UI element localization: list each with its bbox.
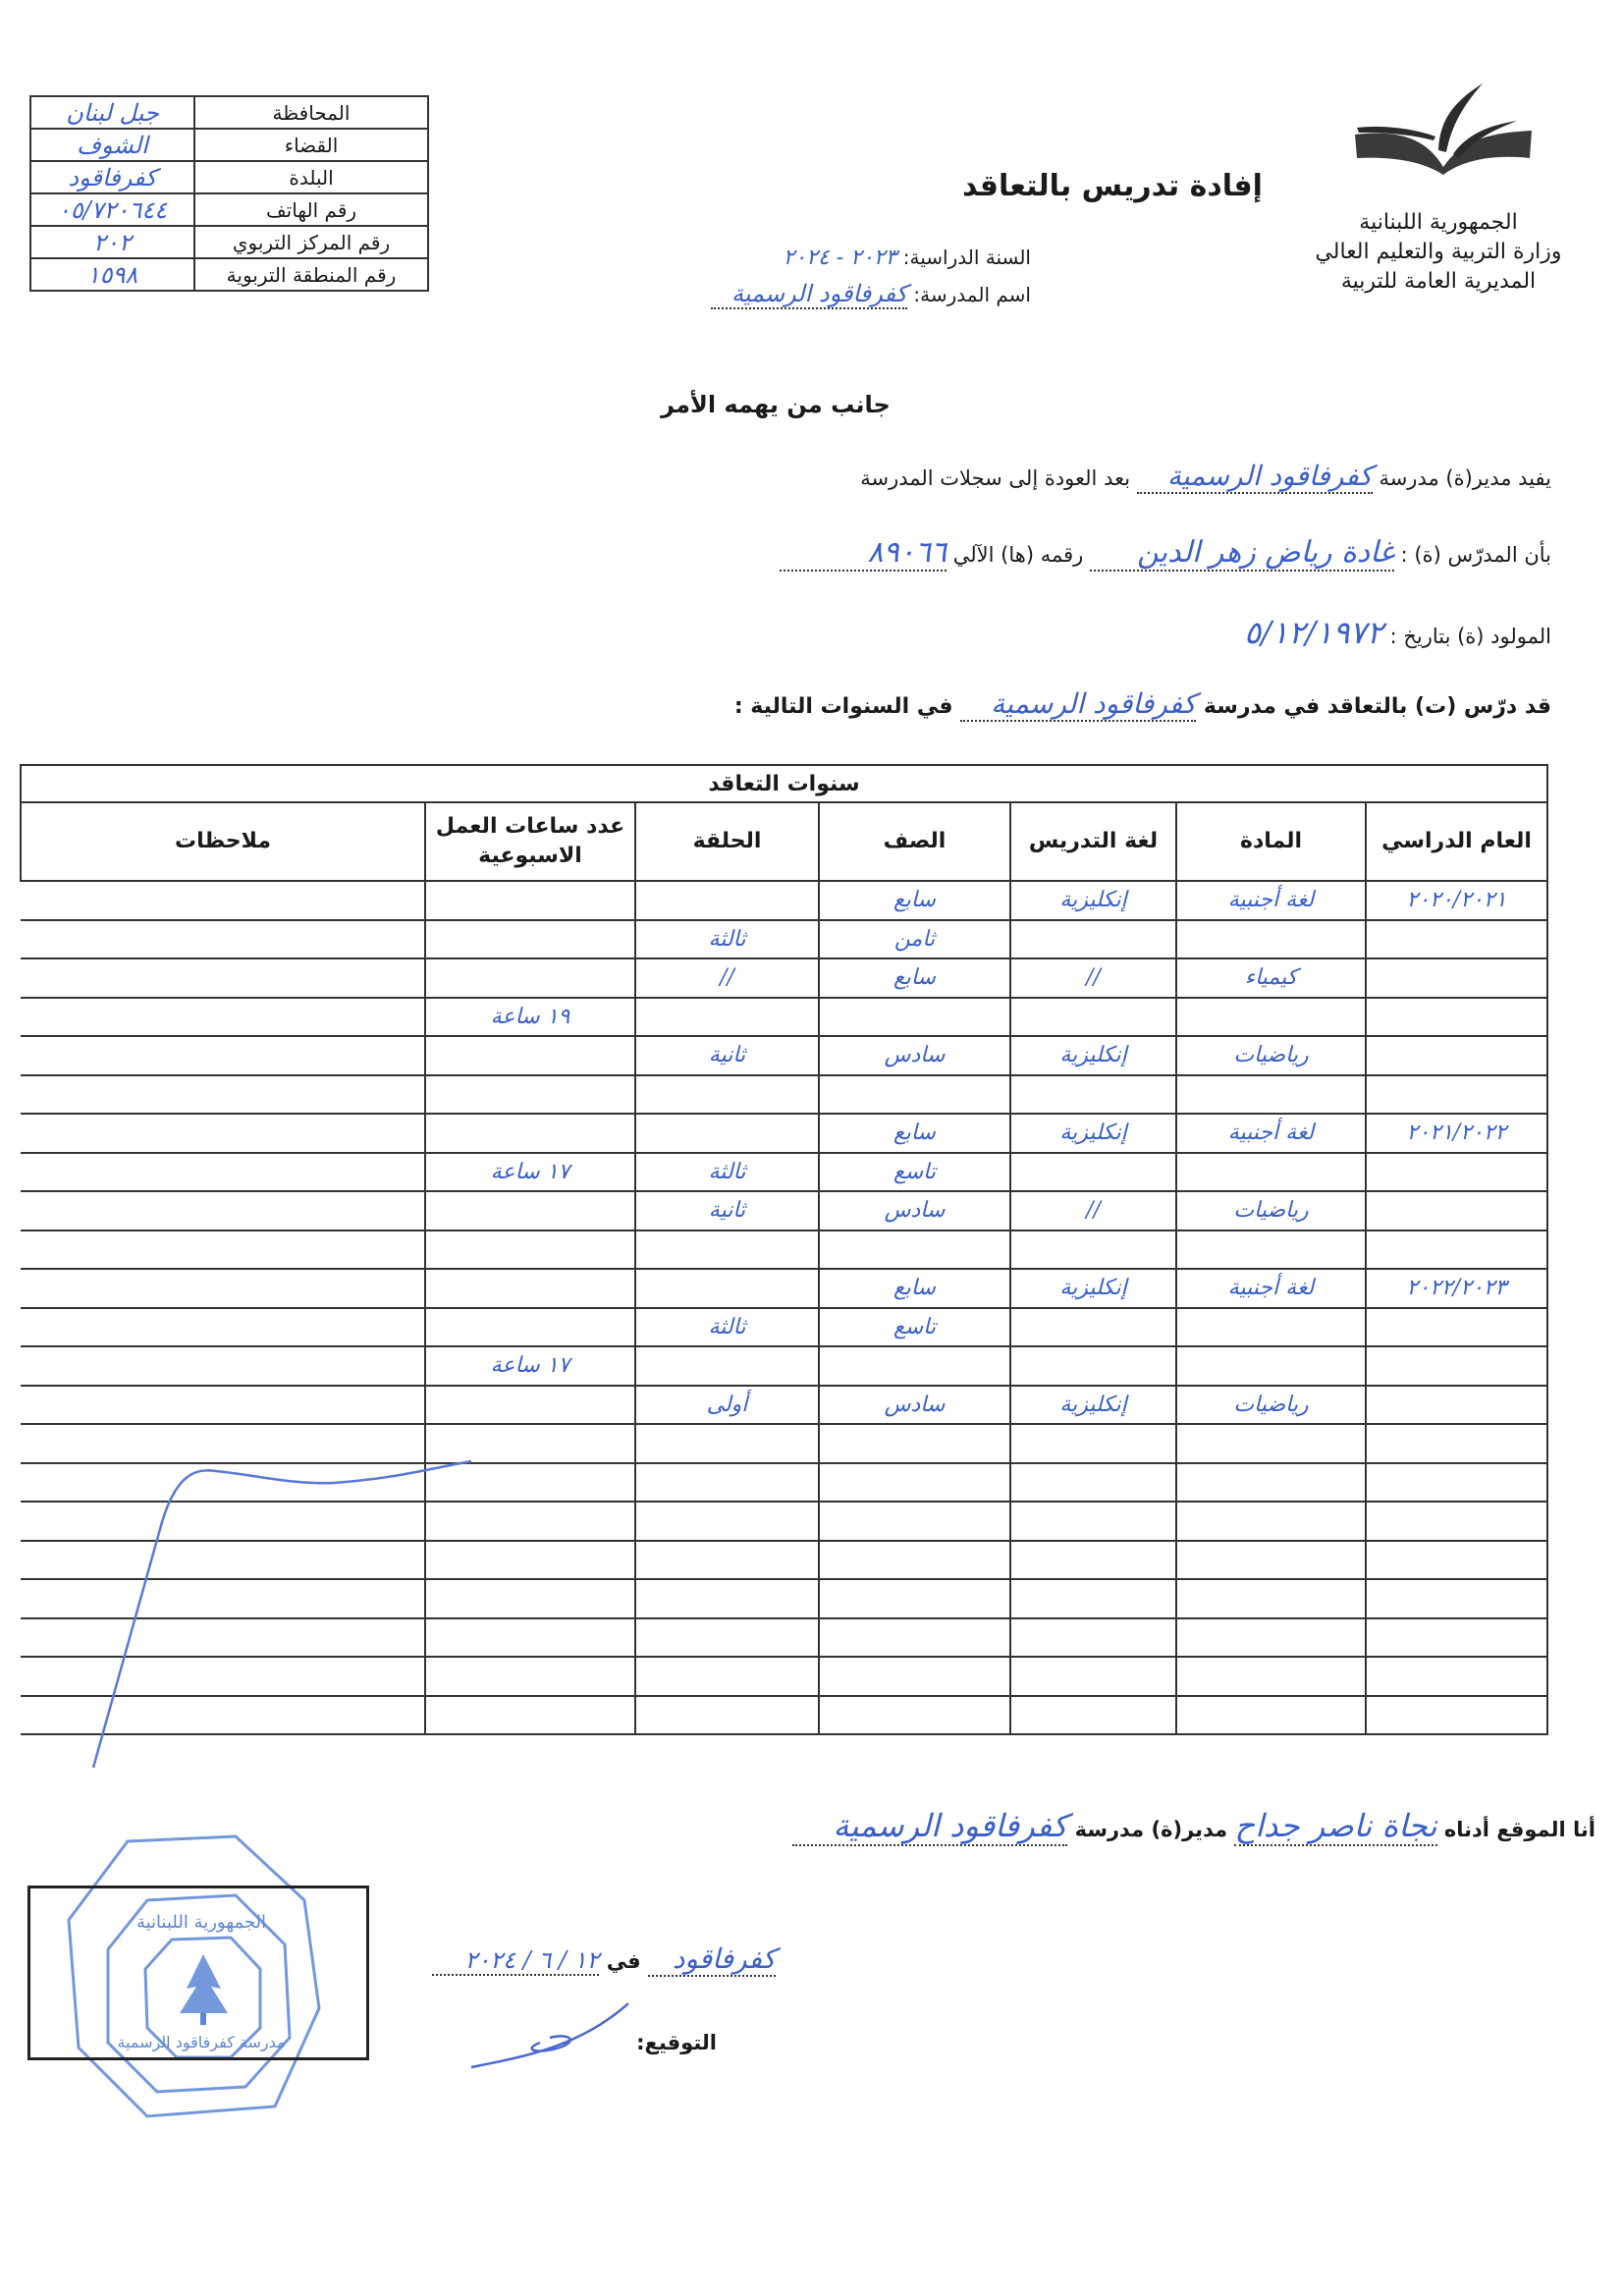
info-value: جبل لبنان [30, 96, 194, 129]
line1-prefix: يفيد مدير(ة) مدرسة [1379, 466, 1551, 490]
table-cell [425, 958, 635, 998]
table-cell [425, 1230, 635, 1270]
info-row: رقم المركز التربوي٢٠٢ [30, 226, 428, 258]
date-label: في [607, 1949, 641, 1973]
table-cell: سادس [819, 1386, 1010, 1425]
table-cell [819, 1541, 1010, 1580]
to-whom-heading: جانب من يهمه الأمر [609, 391, 943, 418]
table-cell [1010, 1075, 1176, 1115]
table-cell [425, 1308, 635, 1347]
column-header: المادة [1176, 802, 1366, 881]
table-cell: لغة أجنبية [1176, 1269, 1366, 1308]
table-row [21, 1579, 1547, 1618]
signature-scribble-icon [461, 1994, 638, 2072]
table-row [21, 1075, 1547, 1115]
table-cell [1176, 1230, 1366, 1270]
signer-school: كفرفاقود الرسمية [792, 1807, 1067, 1846]
table-cell: تاسع [819, 1153, 1010, 1192]
table-cell [1176, 1657, 1366, 1696]
table-cell [1366, 998, 1547, 1037]
table-cell [21, 1036, 425, 1075]
statement-line-2: بأن المدرّس (ة) : غادة رياض زهر الدين رق… [432, 535, 1551, 572]
table-cell [635, 1346, 819, 1386]
table-cell [425, 1114, 635, 1153]
table-cell [1176, 1424, 1366, 1463]
table-row: تاسعثالثة١٧ ساعة [21, 1153, 1547, 1192]
table-cell [21, 1075, 425, 1115]
table-cell [21, 1386, 425, 1425]
school-name-label: اسم المدرسة: [913, 283, 1031, 306]
statement-line-3: المولود (ة) بتاريخ : ٥/١٢/١٩٧٢ [884, 614, 1551, 651]
table-cell [425, 1502, 635, 1541]
table-cell [1010, 1541, 1176, 1580]
table-cell: إنكليزية [1010, 1269, 1176, 1308]
table-cell: ٢٠٢١/٢٠٢٢ [1366, 1114, 1547, 1153]
column-header: ملاحظات [21, 802, 425, 881]
table-cell [21, 1346, 425, 1386]
statement-line-4: قد درّس (ت) بالتعاقد في مدرسة كفرفاقود ا… [530, 687, 1551, 722]
column-header: العام الدراسي [1366, 802, 1547, 881]
table-cell: ثانية [635, 1036, 819, 1075]
table-cell [425, 1036, 635, 1075]
line1-suffix: بعد العودة إلى سجلات المدرسة [860, 466, 1130, 490]
table-cell [1010, 1618, 1176, 1658]
school-year-label: السنة الدراسية: [903, 246, 1031, 269]
signer-role: مدير(ة) مدرسة [1075, 1818, 1228, 1841]
table-cell [1176, 998, 1366, 1037]
table-cell [425, 1269, 635, 1308]
table-cell [635, 1269, 819, 1308]
table-cell [1366, 1696, 1547, 1735]
info-label: البلدة [194, 161, 428, 193]
table-cell [1366, 1579, 1547, 1618]
table-cell [1176, 1463, 1366, 1503]
table-cell: // [635, 958, 819, 998]
table-cell: ٢٠٢٢/٢٠٢٣ [1366, 1269, 1547, 1308]
table-cell [21, 1191, 425, 1230]
table-cell [21, 1618, 425, 1658]
directorate-line: المديرية العامة للتربية [1276, 267, 1600, 297]
table-cell [1366, 1424, 1547, 1463]
info-label: رقم الهاتف [194, 193, 428, 226]
stamp-box [27, 1886, 369, 2060]
table-cell [1010, 1230, 1176, 1270]
line2-number-label: رقمه (ها) الآلي [953, 543, 1084, 567]
table-cell [1010, 1424, 1176, 1463]
table-cell: إنكليزية [1010, 1114, 1176, 1153]
ministry-header: الجمهورية اللبنانية وزارة التربية والتعل… [1276, 208, 1600, 297]
table-cell [635, 1696, 819, 1735]
table-cell: // [1010, 958, 1176, 998]
table-cell [819, 1230, 1010, 1270]
table-cell: ١٧ ساعة [425, 1153, 635, 1192]
table-cell: لغة أجنبية [1176, 881, 1366, 920]
table-cell [635, 881, 819, 920]
table-cell [1366, 1346, 1547, 1386]
table-cell [635, 1114, 819, 1153]
table-cell [1176, 1153, 1366, 1192]
line4-suffix: في السنوات التالية : [734, 694, 953, 719]
table-cell [21, 920, 425, 959]
table-cell [819, 1618, 1010, 1658]
column-header: لغة التدريس [1010, 802, 1176, 881]
table-cell [1176, 1346, 1366, 1386]
table-row: رياضياتإنكليزيةسادسثانية [21, 1036, 1547, 1075]
table-row: رياضيات//سادسثانية [21, 1191, 1547, 1230]
table-cell [1176, 1618, 1366, 1658]
table-cell [21, 998, 425, 1037]
table-cell: سابع [819, 958, 1010, 998]
table-cell [1366, 1463, 1547, 1503]
table-cell [1010, 1308, 1176, 1347]
contract-years-table: سنوات التعاقد العام الدراسيالمادةلغة الت… [20, 764, 1548, 1735]
table-cell [21, 1502, 425, 1541]
table-cell [819, 1502, 1010, 1541]
table-cell [819, 1463, 1010, 1503]
teacher-name: غادة رياض زهر الدين [1090, 535, 1394, 572]
table-row: تاسعثالثة [21, 1308, 1547, 1347]
info-value: ٠٥/٧٢٠٦٤٤ [30, 193, 194, 226]
table-cell: لغة أجنبية [1176, 1114, 1366, 1153]
table-cell [1176, 1075, 1366, 1115]
table-row [21, 1463, 1547, 1503]
table-cell [819, 1579, 1010, 1618]
signer-line: أنا الموقع أدناه نجاة ناصر جداح مدير(ة) … [353, 1807, 1596, 1846]
page-title: إفادة تدريس بالتعاقد [962, 169, 1263, 203]
date-value: ١٢ / ٦ / ٢٠٢٤ [432, 1946, 599, 1976]
table-cell [635, 1579, 819, 1618]
table-row [21, 1696, 1547, 1735]
info-row: رقم المنطقة التربوية١٥٩٨ [30, 258, 428, 291]
table-cell [425, 1579, 635, 1618]
table-cell [1010, 1657, 1176, 1696]
table-cell [21, 1230, 425, 1270]
place: كفرفاقود [648, 1942, 776, 1977]
table-cell [1366, 1036, 1547, 1075]
table-cell [21, 881, 425, 920]
table-cell [819, 1346, 1010, 1386]
table-row [21, 1424, 1547, 1463]
table-cell [21, 1424, 425, 1463]
info-value: كفرفاقود [30, 161, 194, 193]
table-cell [425, 1463, 635, 1503]
table-cell [819, 1075, 1010, 1115]
table-cell: رياضيات [1176, 1386, 1366, 1425]
info-value: ١٥٩٨ [30, 258, 194, 291]
table-row [21, 1230, 1547, 1270]
line2-prefix: بأن المدرّس (ة) : [1401, 543, 1551, 567]
table-cell: تاسع [819, 1308, 1010, 1347]
table-cell: إنكليزية [1010, 1036, 1176, 1075]
table-cell [635, 1657, 819, 1696]
table-cell [1010, 998, 1176, 1037]
table-cell [21, 1463, 425, 1503]
table-cell [1366, 1191, 1547, 1230]
table-row: ٢٠٢٠/٢٠٢١لغة أجنبيةإنكليزيةسابع [21, 881, 1547, 920]
signer-name: نجاة ناصر جداح [1234, 1807, 1436, 1846]
table-cell [425, 1424, 635, 1463]
table-cell [1176, 1696, 1366, 1735]
table-cell [1010, 1502, 1176, 1541]
info-row: رقم الهاتف٠٥/٧٢٠٦٤٤ [30, 193, 428, 226]
table-cell [635, 1424, 819, 1463]
table-cell: سابع [819, 881, 1010, 920]
info-box: المحافظةجبل لبنانالقضاءالشوفالبلدةكفرفاق… [29, 95, 429, 292]
table-cell [1366, 920, 1547, 959]
table-cell [1010, 1463, 1176, 1503]
table-cell [425, 1541, 635, 1580]
table-cell [425, 1618, 635, 1658]
statement-line-1: يفيد مدير(ة) مدرسة كفرفاقود الرسمية بعد … [511, 460, 1551, 494]
table-cell [21, 1696, 425, 1735]
table-cell: ١٧ ساعة [425, 1346, 635, 1386]
table-cell [21, 1153, 425, 1192]
table-cell [1366, 1153, 1547, 1192]
school-year-value: ٢٠٢٣ - ٢٠٢٤ [783, 246, 896, 270]
birth-date: ٥/١٢/١٩٧٢ [1244, 614, 1383, 651]
school-year-line: السنة الدراسية: ٢٠٢٣ - ٢٠٢٤ [550, 246, 1031, 270]
table-cell: رياضيات [1176, 1191, 1366, 1230]
school-name-value: كفرفاقود الرسمية [711, 280, 907, 309]
table-cell: إنكليزية [1010, 881, 1176, 920]
table-row: ٢٠٢٢/٢٠٢٣لغة أجنبيةإنكليزيةسابع [21, 1269, 1547, 1308]
table-cell [635, 1463, 819, 1503]
table-cell: سادس [819, 1036, 1010, 1075]
book-with-leaves-logo-icon [1345, 74, 1542, 177]
table-cell [1366, 1386, 1547, 1425]
info-label: القضاء [194, 129, 428, 161]
table-cell [1010, 920, 1176, 959]
table-cell: ثالثة [635, 920, 819, 959]
table-row: ١٧ ساعة [21, 1346, 1547, 1386]
table-cell: أولى [635, 1386, 819, 1425]
table-cell: // [1010, 1191, 1176, 1230]
table-cell [1176, 1308, 1366, 1347]
table-cell: ثالثة [635, 1308, 819, 1347]
table-cell: ثانية [635, 1191, 819, 1230]
table-cell: ٢٠٢٠/٢٠٢١ [1366, 881, 1547, 920]
table-cell [819, 998, 1010, 1037]
table-cell [635, 998, 819, 1037]
place-date-line: كفرفاقود في ١٢ / ٦ / ٢٠٢٤ [373, 1942, 776, 1977]
table-cell: ثالثة [635, 1153, 819, 1192]
table-cell [819, 1657, 1010, 1696]
table-cell [21, 1269, 425, 1308]
table-cell [635, 1618, 819, 1658]
info-label: رقم المركز التربوي [194, 226, 428, 258]
table-cell [1366, 1541, 1547, 1580]
table-cell [1176, 1502, 1366, 1541]
signer-prefix: أنا الموقع أدناه [1444, 1818, 1596, 1841]
table-cell [425, 1075, 635, 1115]
table-cell [1010, 1346, 1176, 1386]
table-cell [819, 1424, 1010, 1463]
table-cell [425, 881, 635, 920]
info-value: الشوف [30, 129, 194, 161]
table-cell [1176, 920, 1366, 959]
table-cell [425, 1191, 635, 1230]
table-caption: سنوات التعاقد [21, 765, 1547, 802]
table-cell [1010, 1579, 1176, 1618]
info-label: المحافظة [194, 96, 428, 129]
table-cell [1176, 1579, 1366, 1618]
table-cell [425, 1696, 635, 1735]
table-cell [425, 1386, 635, 1425]
table-cell: ثامن [819, 920, 1010, 959]
line4-prefix: قد درّس (ت) بالتعاقد في مدرسة [1204, 694, 1551, 719]
table-cell: رياضيات [1176, 1036, 1366, 1075]
table-cell [21, 1657, 425, 1696]
table-cell [635, 1502, 819, 1541]
table-cell [425, 1657, 635, 1696]
table-cell [1366, 958, 1547, 998]
info-row: المحافظةجبل لبنان [30, 96, 428, 129]
info-row: البلدةكفرفاقود [30, 161, 428, 193]
line1-school: كفرفاقود الرسمية [1137, 460, 1373, 494]
table-cell [1366, 1657, 1547, 1696]
table-cell [1176, 1541, 1366, 1580]
table-cell [21, 958, 425, 998]
column-header: الحلقة [635, 802, 819, 881]
table-row [21, 1657, 1547, 1696]
birth-date-label: المولود (ة) بتاريخ : [1390, 625, 1551, 648]
table-row: كيمياء//سابع// [21, 958, 1547, 998]
table-row [21, 1618, 1547, 1658]
table-row: ٢٠٢١/٢٠٢٢لغة أجنبيةإنكليزيةسابع [21, 1114, 1547, 1153]
table-cell [1366, 1230, 1547, 1270]
table-cell: سادس [819, 1191, 1010, 1230]
table-cell [635, 1230, 819, 1270]
ministry-line: وزارة التربية والتعليم العالي [1276, 238, 1600, 267]
table-cell [1366, 1308, 1547, 1347]
republic-line: الجمهورية اللبنانية [1276, 208, 1600, 238]
table-cell [21, 1579, 425, 1618]
line4-school: كفرفاقود الرسمية [960, 687, 1196, 722]
table-cell: سابع [819, 1114, 1010, 1153]
table-cell [635, 1075, 819, 1115]
table-cell [819, 1696, 1010, 1735]
table-cell [1366, 1618, 1547, 1658]
table-cell [425, 920, 635, 959]
table-row: ١٩ ساعة [21, 998, 1547, 1037]
table-row [21, 1541, 1547, 1580]
column-header: الصف [819, 802, 1010, 881]
table-cell [1366, 1502, 1547, 1541]
school-name-line: اسم المدرسة: كفرفاقود الرسمية [550, 280, 1031, 309]
table-cell: ١٩ ساعة [425, 998, 635, 1037]
table-cell [1366, 1075, 1547, 1115]
table-cell [1010, 1696, 1176, 1735]
table-cell [21, 1114, 425, 1153]
column-header: عدد ساعات العمل الاسبوعية [425, 802, 635, 881]
table-cell [635, 1541, 819, 1580]
table-row [21, 1502, 1547, 1541]
table-row: ثامنثالثة [21, 920, 1547, 959]
info-label: رقم المنطقة التربوية [194, 258, 428, 291]
table-cell [21, 1541, 425, 1580]
table-cell [21, 1308, 425, 1347]
table-cell: كيمياء [1176, 958, 1366, 998]
info-value: ٢٠٢ [30, 226, 194, 258]
table-cell: إنكليزية [1010, 1386, 1176, 1425]
info-row: القضاءالشوف [30, 129, 428, 161]
teacher-number: ٨٩٠٦٦ [780, 535, 947, 572]
table-row: رياضياتإنكليزيةسادسأولى [21, 1386, 1547, 1425]
table-cell [1010, 1153, 1176, 1192]
table-cell: سابع [819, 1269, 1010, 1308]
